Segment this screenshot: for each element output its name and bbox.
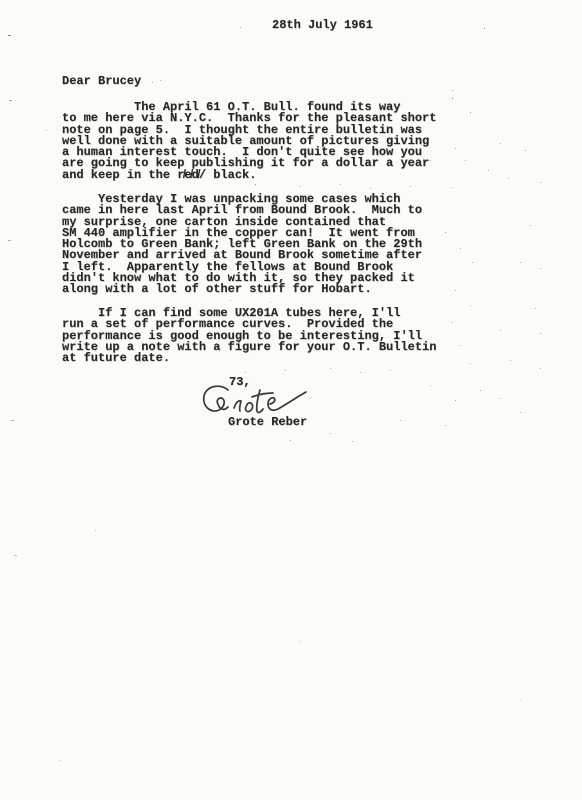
paragraph-3: If I can find some UX201A tubes here, I'…: [62, 308, 436, 364]
paragraph-2: Yesterday I was unpacking some cases whi…: [62, 194, 422, 296]
letter-date: 28th July 1961: [272, 20, 373, 31]
scan-edge-marks: [0, 0, 3, 1]
salutation: Dear Brucey: [62, 76, 141, 87]
letter-page: 28th July 1961 Dear Brucey The April 61 …: [0, 0, 582, 800]
paragraph-1: The April 61 O.T. Bull. found its way to…: [62, 102, 436, 181]
typed-signature: Grote Reber: [228, 417, 307, 428]
